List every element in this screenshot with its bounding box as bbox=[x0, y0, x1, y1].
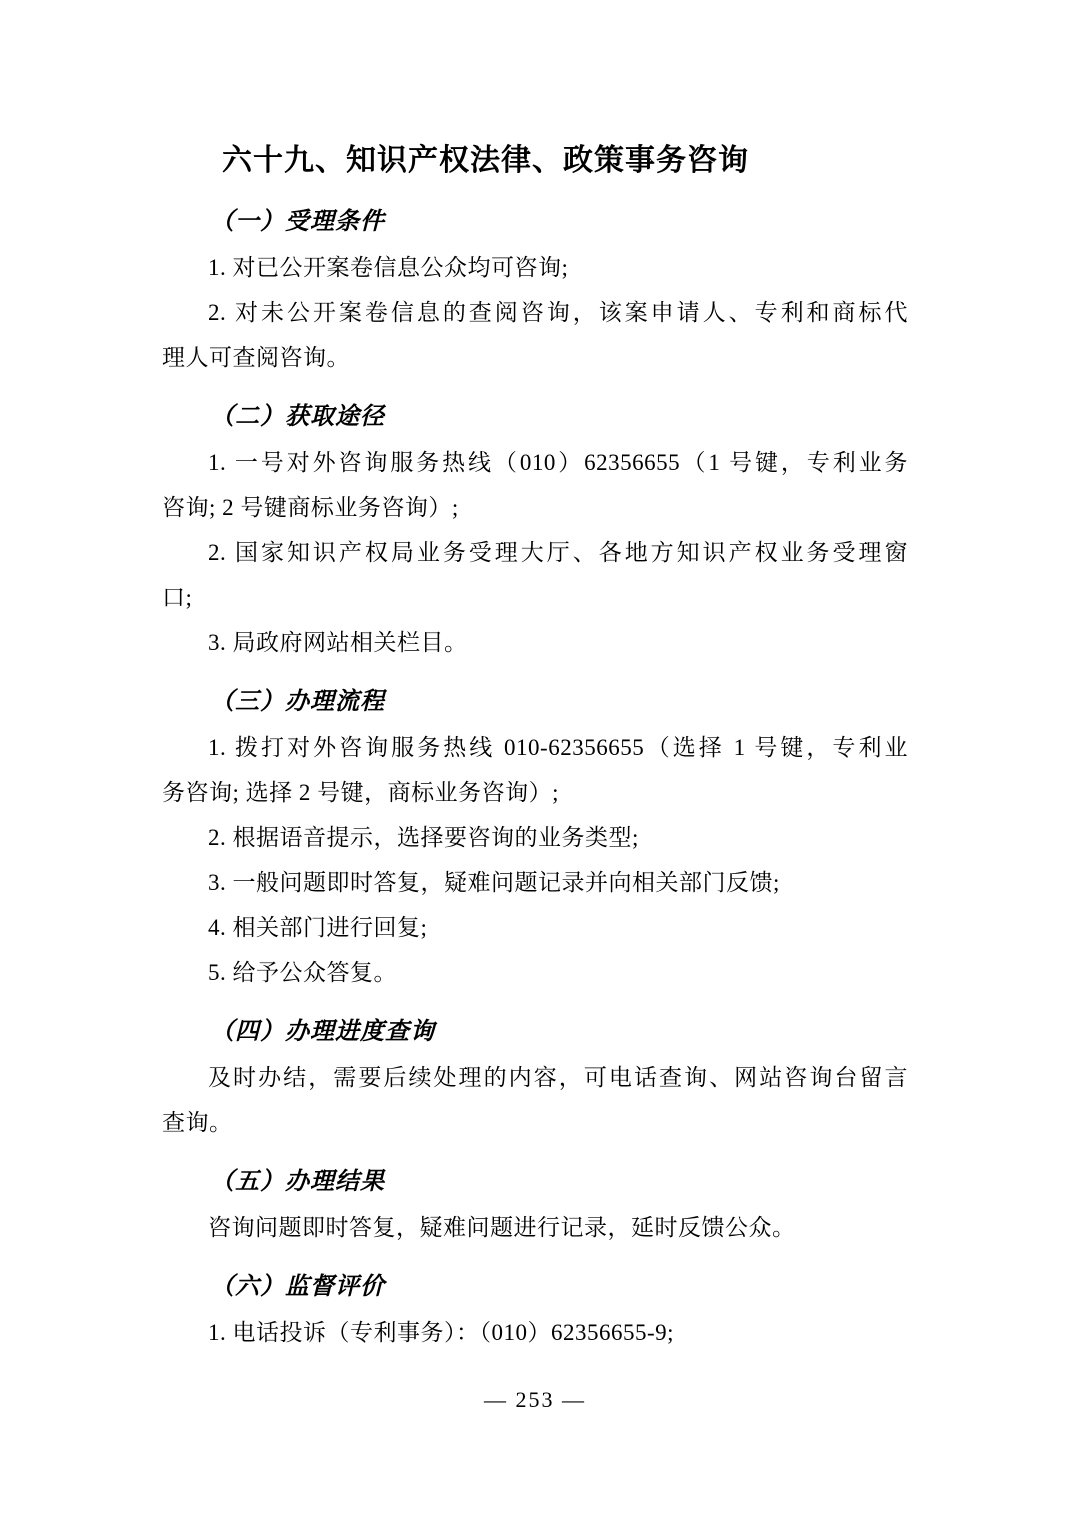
paragraph-line: 1. 拨打对外咨询服务热线 010-62356655（选择 1 号键，专利业 bbox=[162, 725, 908, 770]
paragraph-line: 4. 相关部门进行回复; bbox=[162, 905, 908, 950]
section-heading-2: （二）获取途径 bbox=[162, 395, 908, 440]
page-title: 六十九、知识产权法律、政策事务咨询 bbox=[162, 137, 908, 185]
section-heading-4: （四）办理进度查询 bbox=[162, 1010, 908, 1055]
paragraph-line: 2. 根据语音提示，选择要咨询的业务类型; bbox=[162, 815, 908, 860]
section-heading-5: （五）办理结果 bbox=[162, 1160, 908, 1205]
paragraph-line: 理人可查阅咨询。 bbox=[162, 335, 908, 380]
paragraph-line: 及时办结，需要后续处理的内容，可电话查询、网站咨询台留言 bbox=[162, 1055, 908, 1100]
paragraph-line: 口; bbox=[162, 575, 908, 620]
page-number: — 253 — bbox=[162, 1380, 908, 1420]
paragraph-line: 3. 局政府网站相关栏目。 bbox=[162, 620, 908, 665]
paragraph-line: 1. 对已公开案卷信息公众均可咨询; bbox=[162, 245, 908, 290]
paragraph-line: 3. 一般问题即时答复，疑难问题记录并向相关部门反馈; bbox=[162, 860, 908, 905]
paragraph-line: 咨询; 2 号键商标业务咨询）; bbox=[162, 485, 908, 530]
document-content: 六十九、知识产权法律、政策事务咨询 （一）受理条件 1. 对已公开案卷信息公众均… bbox=[0, 0, 1074, 1420]
section-heading-6: （六）监督评价 bbox=[162, 1265, 908, 1310]
paragraph-line: 5. 给予公众答复。 bbox=[162, 950, 908, 995]
paragraph-line: 1. 电话投诉（专利事务）：（010）62356655-9; bbox=[162, 1310, 908, 1355]
paragraph-line: 2. 对未公开案卷信息的查阅咨询，该案申请人、专利和商标代 bbox=[162, 290, 908, 335]
paragraph-line: 2. 国家知识产权局业务受理大厅、各地方知识产权业务受理窗 bbox=[162, 530, 908, 575]
document-page: 六十九、知识产权法律、政策事务咨询 （一）受理条件 1. 对已公开案卷信息公众均… bbox=[0, 0, 1074, 1520]
paragraph-line: 务咨询; 选择 2 号键，商标业务咨询）; bbox=[162, 770, 908, 815]
paragraph-line: 查询。 bbox=[162, 1100, 908, 1145]
section-heading-3: （三）办理流程 bbox=[162, 680, 908, 725]
section-heading-1: （一）受理条件 bbox=[162, 200, 908, 245]
paragraph-line: 1. 一号对外咨询服务热线（010）62356655（1 号键，专利业务 bbox=[162, 440, 908, 485]
paragraph-line: 咨询问题即时答复，疑难问题进行记录，延时反馈公众。 bbox=[162, 1205, 908, 1250]
